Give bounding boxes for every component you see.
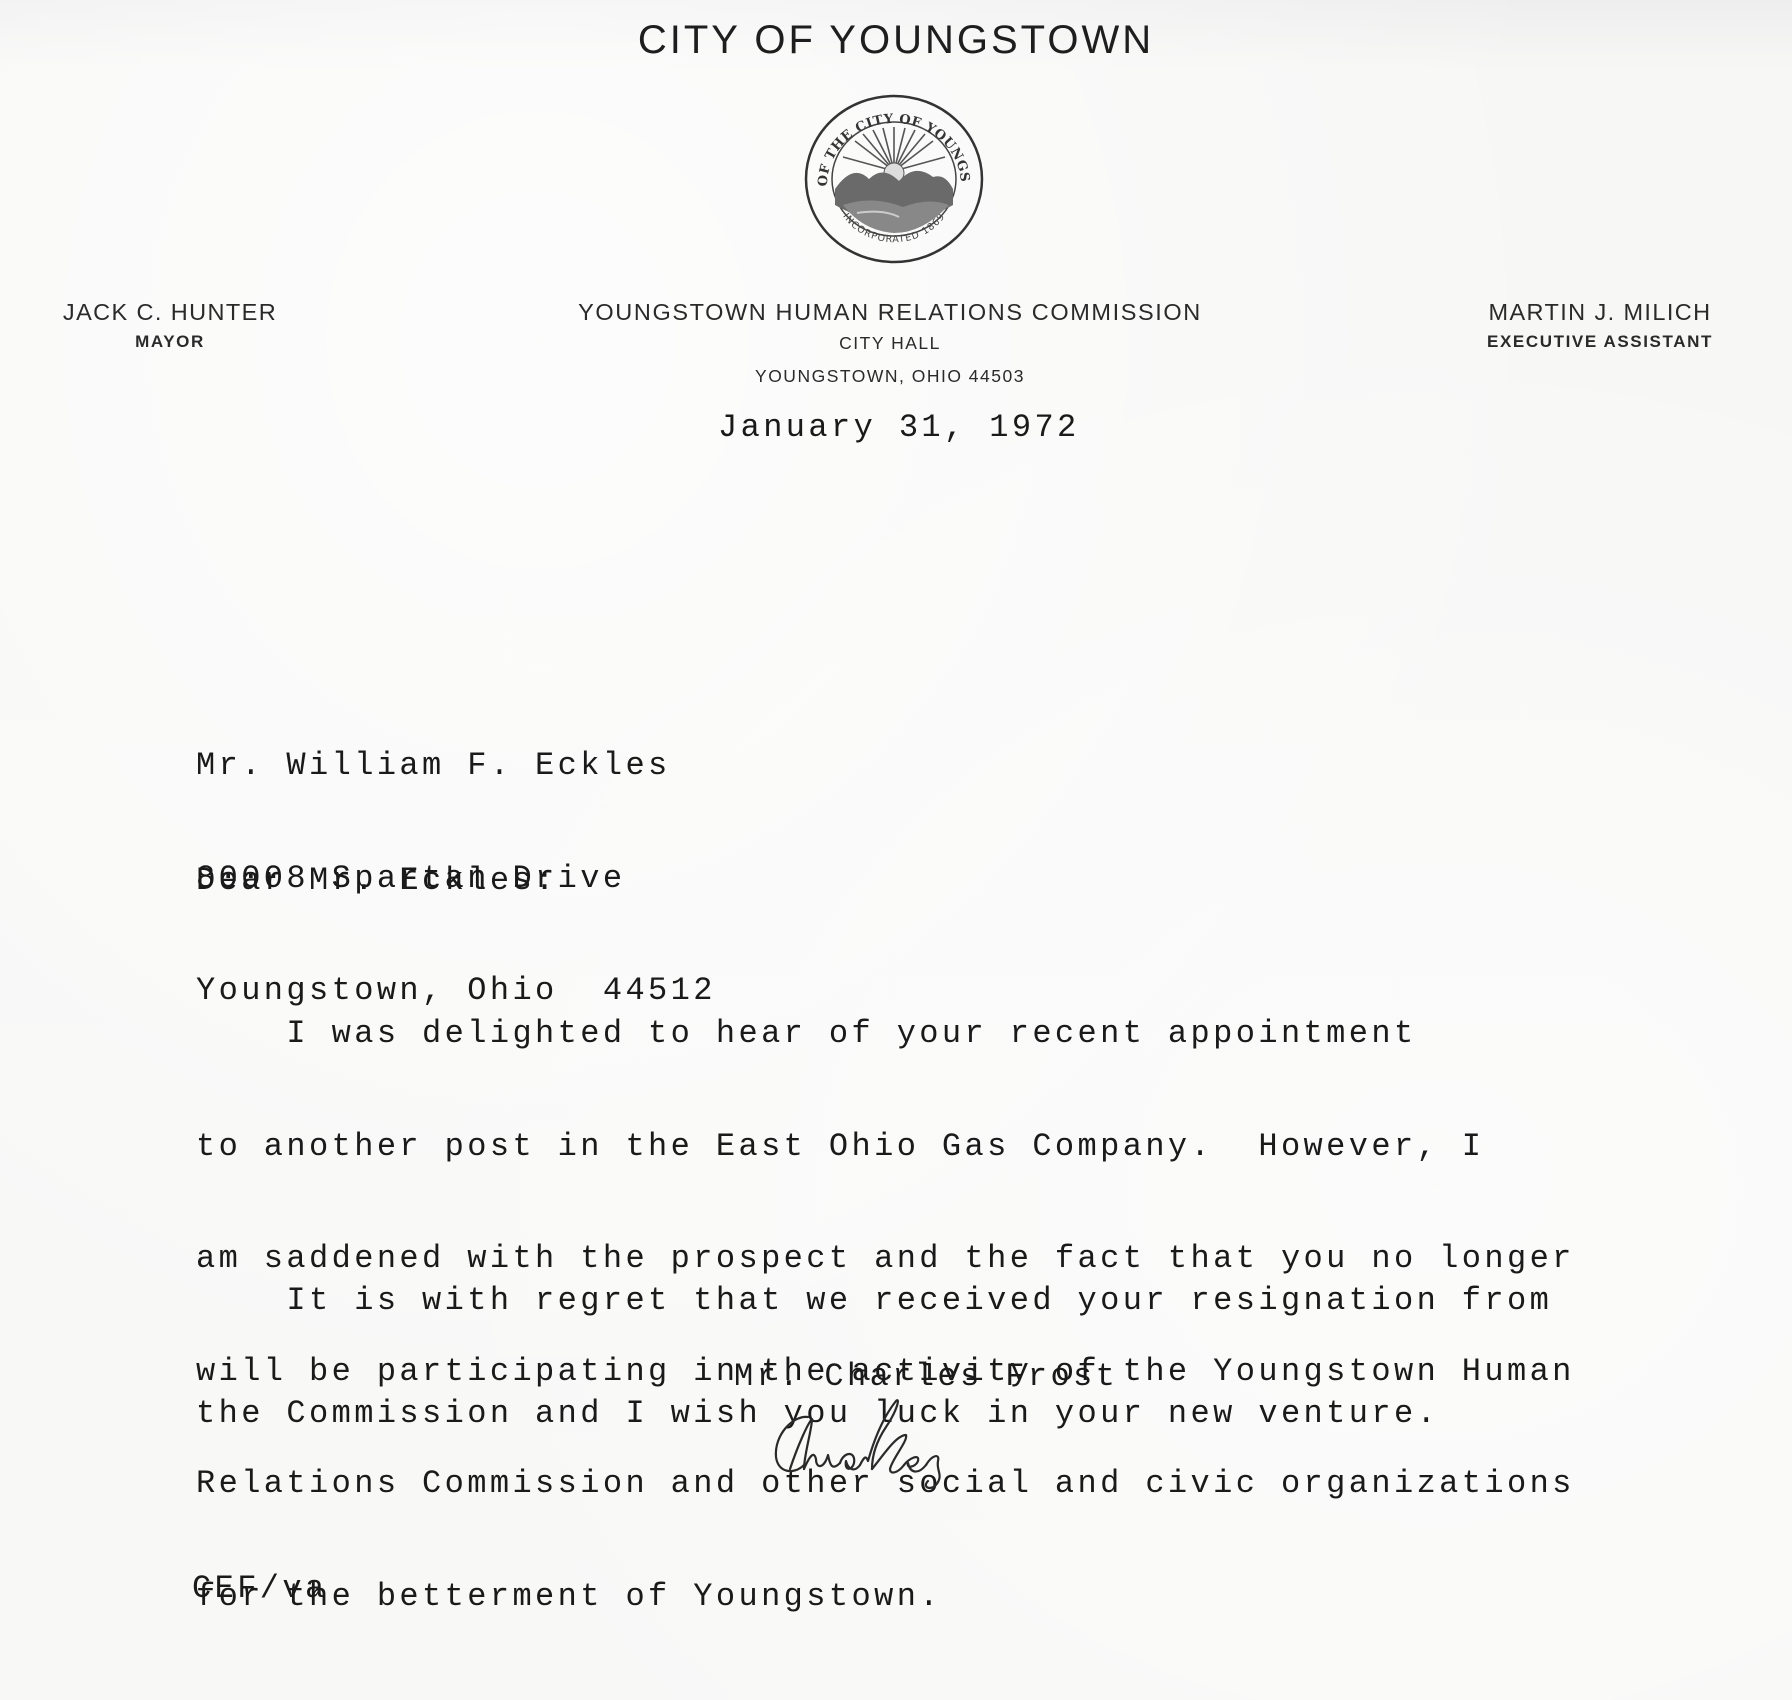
signature-icon — [768, 1395, 1018, 1495]
commission-name: YOUNGSTOWN HUMAN RELATIONS COMMISSION — [510, 297, 1270, 327]
paragraph-line: I was delighted to hear of your recent a… — [196, 1015, 1575, 1053]
handwritten-signature — [768, 1395, 1018, 1495]
paragraph-line: for the betterment of Youngstown. — [196, 1578, 1575, 1616]
letterhead-title: CITY OF YOUNGSTOWN — [0, 18, 1792, 63]
reference-initials: CEF/va — [192, 1570, 328, 1608]
assistant-title: EXECUTIVE ASSISTANT — [1440, 327, 1760, 357]
address-line: Mr. William F. Eckles — [196, 747, 716, 785]
mayor-name: JACK C. HUNTER — [20, 297, 320, 327]
paragraph-line: It is with regret that we received your … — [196, 1282, 1552, 1320]
mayor-title: MAYOR — [20, 327, 320, 357]
assistant-name: MARTIN J. MILICH — [1440, 297, 1760, 327]
assistant-block: MARTIN J. MILICH EXECUTIVE ASSISTANT — [1440, 297, 1760, 357]
commission-address-line1: CITY HALL — [510, 327, 1270, 360]
commission-block: YOUNGSTOWN HUMAN RELATIONS COMMISSION CI… — [510, 297, 1270, 393]
sender-name: Mr. Charles Frost — [734, 1358, 1118, 1396]
commission-address-line2: YOUNGSTOWN, OHIO 44503 — [510, 360, 1270, 393]
letter-date: January 31, 1972 — [718, 409, 1080, 447]
salutation: Dear Mr. Eckles: — [196, 862, 558, 900]
mayor-block: JACK C. HUNTER MAYOR — [20, 297, 320, 357]
paragraph-line: to another post in the East Ohio Gas Com… — [196, 1128, 1575, 1166]
city-seal-icon: SEAL OF THE CITY OF YOUNGSTOWN INCORPORA… — [803, 93, 985, 265]
